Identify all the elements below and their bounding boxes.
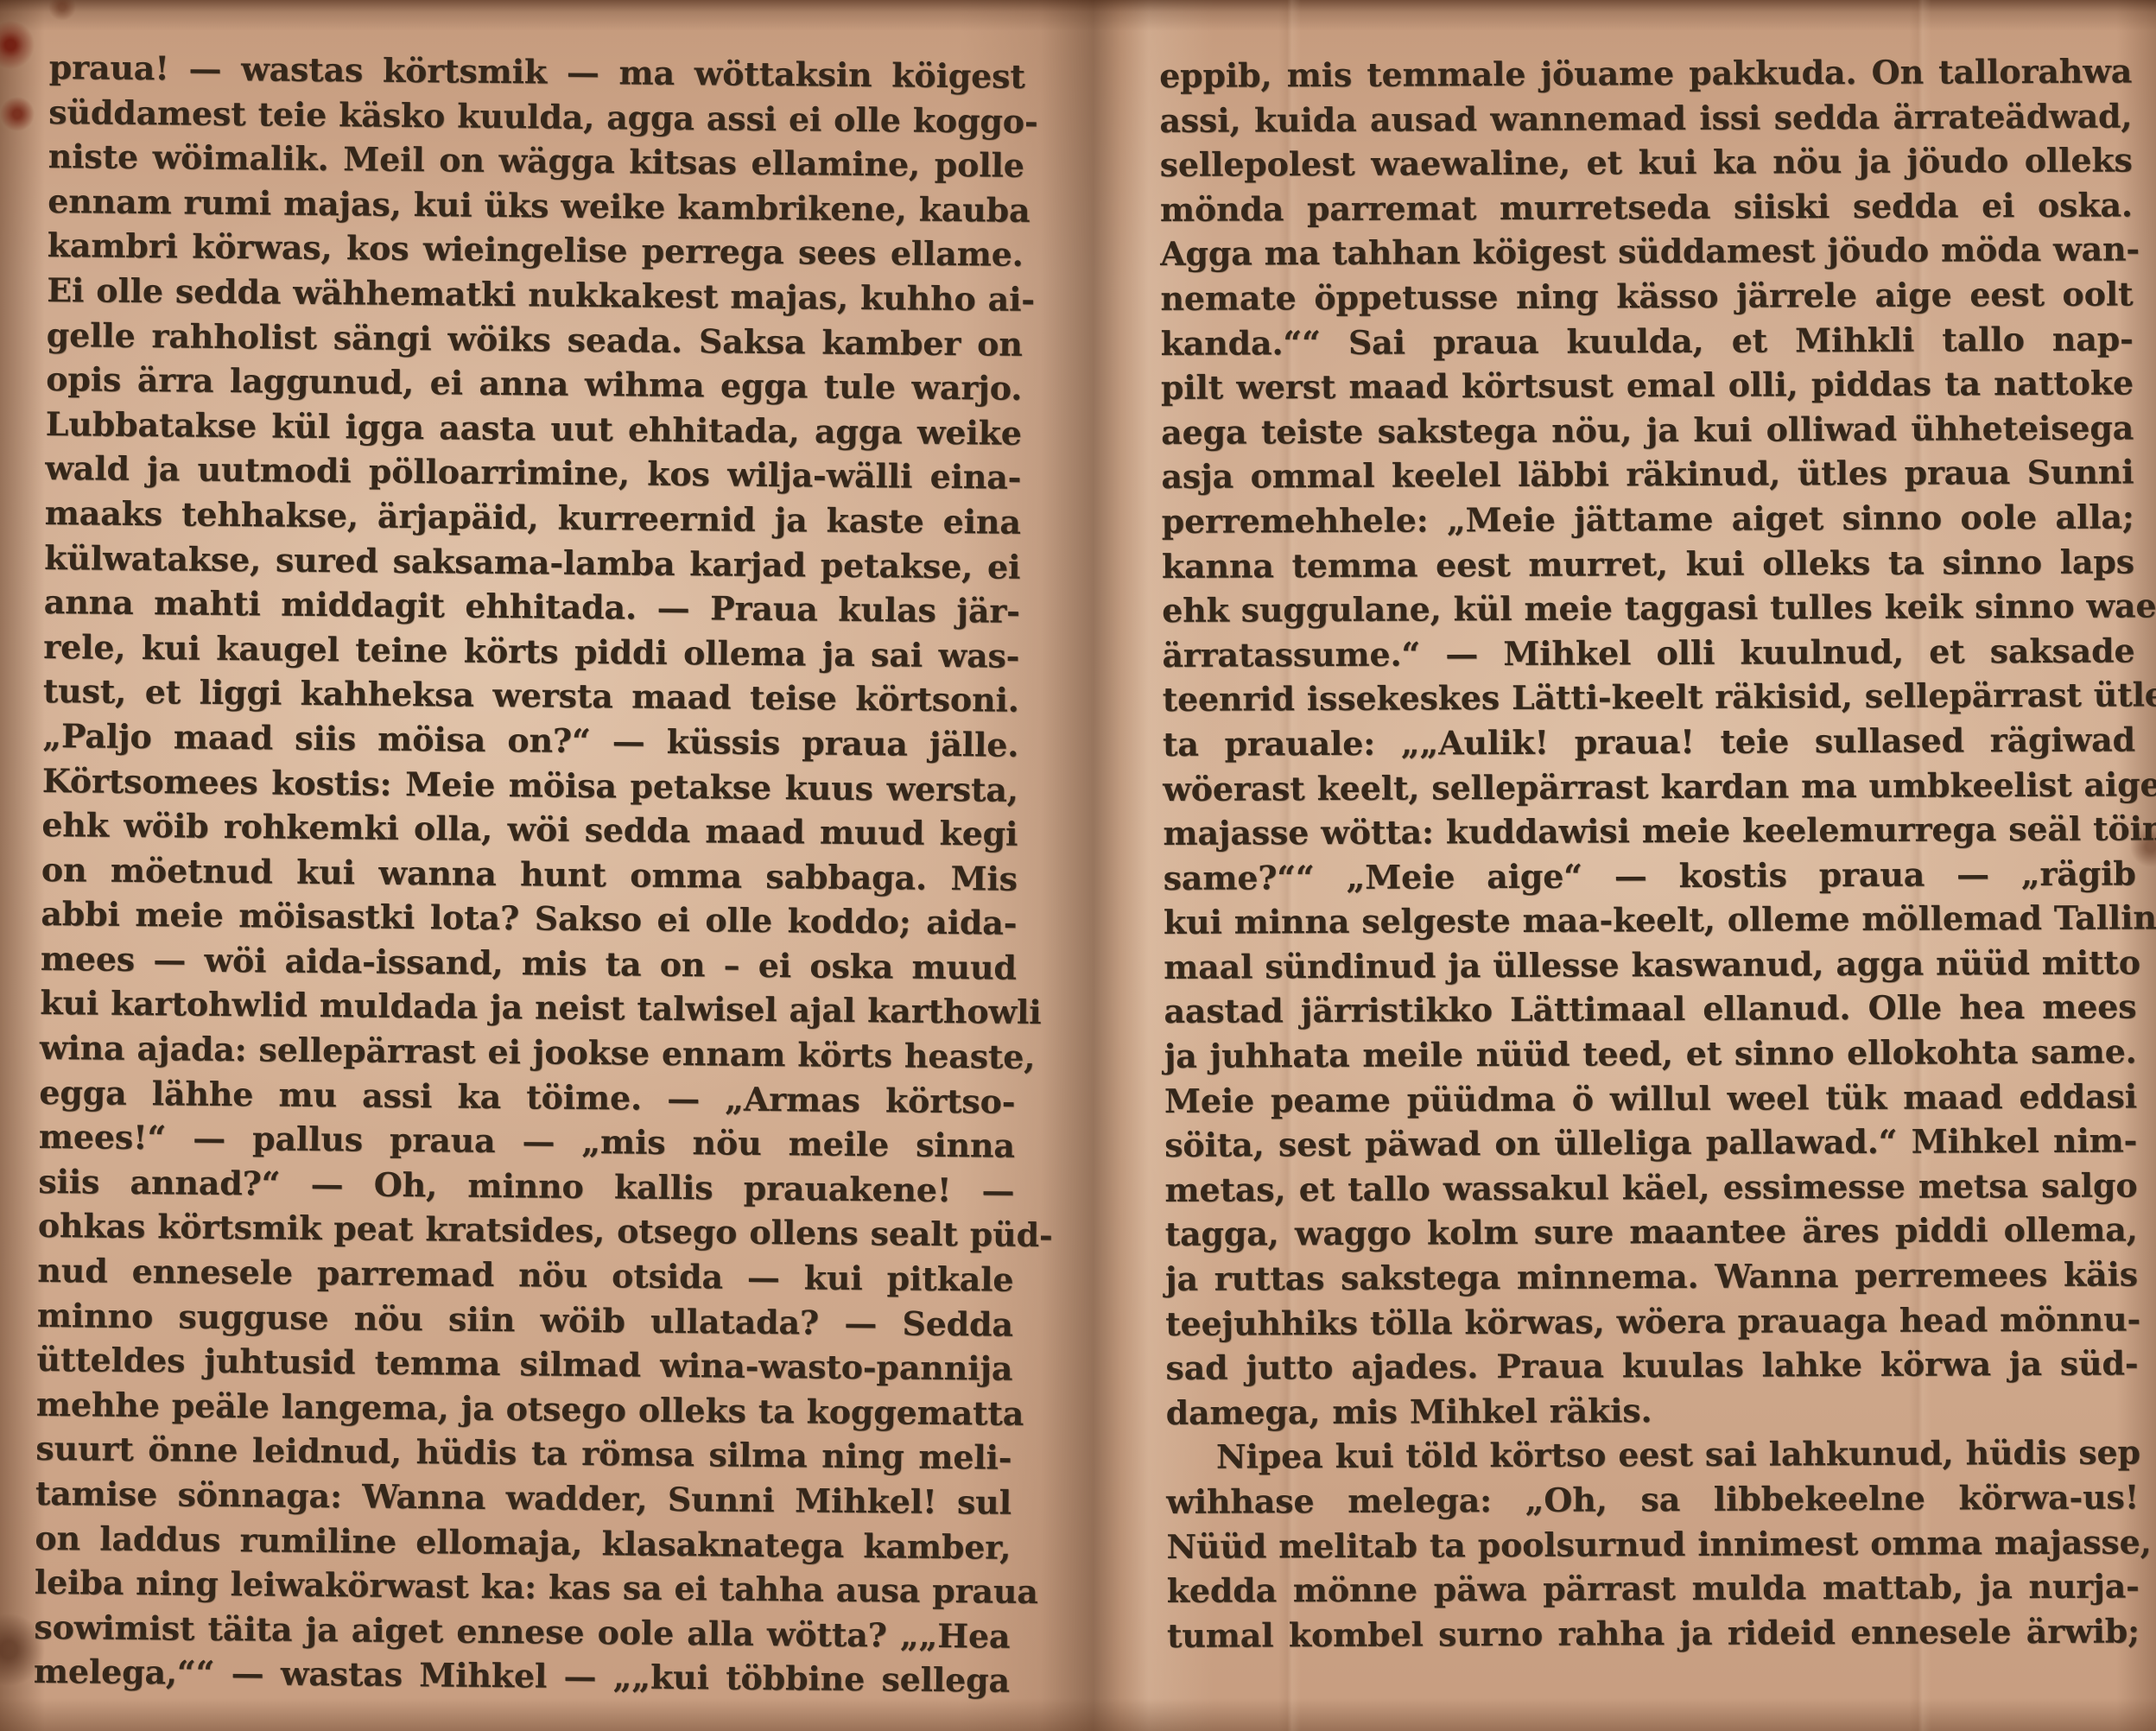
text-line: eppib, mis temmale jöuame pakkuda. On ta… [1159, 48, 2132, 98]
text-line: ta prauale: „„Aulik! praua! teie sullase… [1163, 717, 2135, 766]
text-line: mönda parremat murretseda siiski sedda e… [1160, 182, 2133, 231]
text-line: teenrid issekeskes Lätti-keelt räkisid, … [1163, 673, 2135, 722]
text-line: maal sündinud ja üllesse kaswanud, agga … [1164, 940, 2136, 989]
text-line: teejuhhiks tölla körwas, wöera prauaga h… [1165, 1297, 2138, 1346]
right-page: eppib, mis temmale jöuame pakkuda. On ta… [1159, 48, 2140, 1658]
text-line: Nüüd melitab ta poolsurnud innimest omma… [1166, 1519, 2139, 1569]
text-line: kanda.““ Sai praua kuulda, et Mihkli tal… [1161, 316, 2134, 365]
text-line: sad jutto ajades. Praua kuulas lahke kör… [1165, 1341, 2138, 1391]
text-line: Agga ma tahhan köigest süddamest jöudo m… [1160, 227, 2133, 276]
text-line: tumal kombel surno rahha ja rideid ennes… [1167, 1608, 2140, 1658]
text-line: asja ommal keelel läbbi räkinud, ütles p… [1161, 450, 2134, 499]
text-line: ärratassume.“ — Mihkel olli kuulnud, et … [1162, 628, 2134, 677]
text-line: kedda mönne päwa pärrast mulda mattab, j… [1167, 1564, 2140, 1614]
text-line: Nipea kui töld körtso eest sai lahkunud,… [1166, 1430, 2139, 1480]
text-line: sellepolest waewaline, et kui ka nöu ja … [1160, 138, 2133, 187]
text-line: tagga, waggo kolm sure maantee äres pidd… [1165, 1208, 2138, 1257]
text-line: kui minna selgeste maa-keelt, olleme möl… [1164, 896, 2136, 945]
text-line: aastad järristikko Lättimaal ellanud. Ol… [1164, 985, 2136, 1034]
text-line: nemate öppetusse ning kässo järrele aige… [1160, 271, 2133, 320]
text-line: damega, mis Mihkel räkis. [1166, 1385, 2139, 1435]
text-line: same?““ „Meie aige“ — kostis praua — „rä… [1164, 851, 2136, 900]
text-line: kanna temma eest murret, kui olleks ta s… [1162, 539, 2134, 588]
text-line: ja ruttas sakstega minnema. Wanna perrem… [1165, 1252, 2138, 1302]
text-line: assi, kuida ausad wannemad issi sedda är… [1159, 93, 2132, 143]
text-line: pilt werst maad körtsust emal olli, pidd… [1161, 361, 2134, 410]
text-line: wihhase melega: „Oh, sa libbekeelne körw… [1166, 1474, 2139, 1524]
text-line: söita, sest päwad on ülleliga pallawad.“… [1164, 1119, 2137, 1168]
text-line: ehk suggulane, kül meie taggasi tulles k… [1162, 584, 2134, 633]
text-line: aega teiste sakstega nöu, ja kui olliwad… [1161, 405, 2134, 454]
text-line: ja juhhata meile nüüd teed, et sinno ell… [1164, 1030, 2137, 1079]
book-scan: praua! — wastas körtsmik — ma wöttaksin … [0, 0, 2156, 1731]
text-line: majasse wötta: kuddawisi meie keelemurre… [1163, 807, 2135, 856]
text-line: perremehhele: „Meie jättame aiget sinno … [1162, 494, 2134, 543]
text-line: wöerast keelt, sellepärrast kardan ma um… [1163, 762, 2135, 811]
text-line: metas, et tallo wassakul käel, essimesse… [1164, 1163, 2137, 1212]
text-line: Meie peame püüdma ö willul weel tük maad… [1164, 1074, 2137, 1123]
text-line: melega,““ — wastas Mihkel — „„kui többin… [34, 1649, 1010, 1702]
left-page: praua! — wastas körtsmik — ma wöttaksin … [34, 45, 1025, 1703]
